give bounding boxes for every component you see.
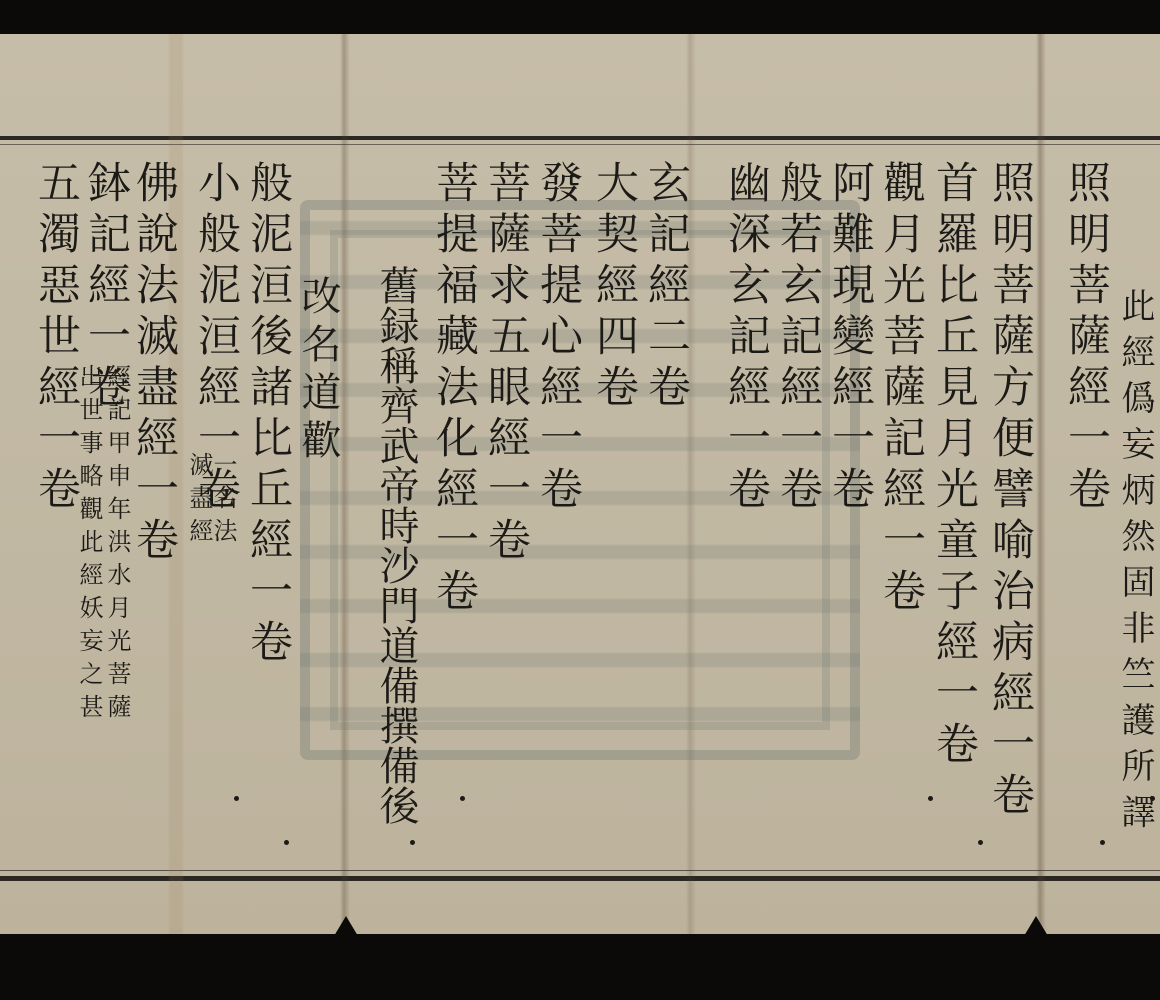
punctuation-dot (928, 796, 933, 801)
sutra-title-column: 觀月光菩薩記經一卷 (875, 160, 927, 619)
commentary-column: 此經僞妄炳然固非竺護所譯 (1114, 288, 1156, 840)
top-border-rule (0, 136, 1160, 140)
binding-notch (316, 916, 376, 966)
sutra-title-column: 菩提福藏法化經一卷 (428, 160, 480, 619)
punctuation-dot (410, 840, 415, 845)
sutra-title-column: 般若玄記經一卷 (772, 160, 824, 517)
sutra-title-column: 首羅比丘見月光童子經一卷 (928, 160, 980, 772)
punctuation-dot (978, 840, 983, 845)
sutra-title-column: 玄記經二卷 (640, 160, 692, 415)
commentary-column: 改名道歡 (294, 275, 342, 467)
punctuation-dot (284, 840, 289, 845)
punctuation-dot (460, 796, 465, 801)
sutra-title-column: 五濁惡世經一卷 (30, 160, 82, 517)
sutra-title-column: 照明菩薩方便譬喻治病經一卷 (984, 160, 1036, 823)
bottom-border-thin-rule (0, 870, 1160, 871)
interlinear-note: 滅盡經 (186, 452, 212, 551)
commentary-column: 舊録稱齊武帝時沙門道備撰備後 (372, 265, 420, 825)
punctuation-dot (1150, 796, 1155, 801)
punctuation-dot (1100, 840, 1105, 845)
sutra-title-column: 大契經四卷 (588, 160, 640, 415)
sutra-title-column: 照明菩薩經一卷 (1060, 160, 1112, 517)
sutra-title-column: 般泥洹後諸比丘經一卷 (242, 160, 294, 670)
interlinear-note: 經記甲申年洪水月光菩薩 (104, 364, 130, 727)
top-border-thin-rule (0, 144, 1160, 145)
interlinear-note: 一名法 (210, 452, 236, 551)
sutra-title-column: 阿難現變經一卷 (824, 160, 876, 517)
binding-notch (1006, 916, 1066, 966)
sutra-title-column: 菩薩求五眼經一卷 (480, 160, 532, 568)
sutra-title-column: 幽深玄記經一卷 (720, 160, 772, 517)
sutra-title-column: 佛說法滅盡經一卷 (128, 160, 180, 568)
bottom-border-rule (0, 876, 1160, 881)
punctuation-dot (234, 796, 239, 801)
sutra-title-column: 發菩提心經一卷 (532, 160, 584, 517)
